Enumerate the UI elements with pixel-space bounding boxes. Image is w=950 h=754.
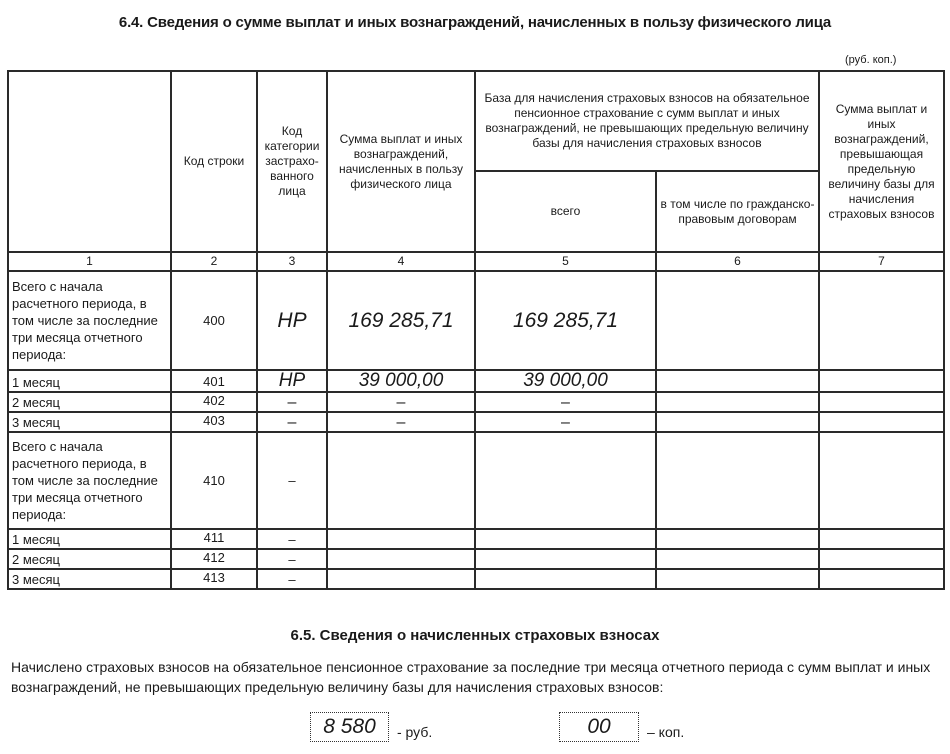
base-gpd-cell[interactable] (656, 370, 819, 392)
category-code-cell[interactable]: – (257, 432, 327, 529)
row-code: 413 (171, 569, 257, 589)
base-gpd-cell[interactable] (656, 529, 819, 549)
column-number: 6 (656, 252, 819, 271)
row-label: Всего с начала расчетного периода, в том… (8, 271, 171, 370)
row-label: 3 месяц (8, 569, 171, 589)
table-row: 3 месяц 413 – (8, 569, 944, 589)
category-code-cell[interactable]: – (257, 569, 327, 589)
row-code: 403 (171, 412, 257, 432)
table-row: 2 месяц 402 – – – (8, 392, 944, 412)
kopecks-field[interactable]: 00 (559, 712, 639, 742)
amount-cell[interactable] (327, 432, 475, 529)
column-number: 7 (819, 252, 944, 271)
amount-cell[interactable]: 39 000,00 (327, 370, 475, 392)
category-code-cell[interactable]: – (257, 412, 327, 432)
row-code: 402 (171, 392, 257, 412)
over-limit-cell[interactable] (819, 529, 944, 549)
over-limit-cell[interactable] (819, 549, 944, 569)
base-total-cell[interactable] (475, 529, 656, 549)
amount-cell[interactable] (327, 569, 475, 589)
table-row: 2 месяц 412 – (8, 549, 944, 569)
header-over-limit: Сумма выплат и иных вознаграждений, прев… (819, 71, 944, 252)
row-label: 1 месяц (8, 370, 171, 392)
base-gpd-cell[interactable] (656, 549, 819, 569)
row-label: 1 месяц (8, 529, 171, 549)
header-category-code: Код категории застрахо-ванного лица (257, 71, 327, 252)
header-col1 (8, 71, 171, 252)
column-number: 1 (8, 252, 171, 271)
amount-cell[interactable] (327, 529, 475, 549)
category-code-cell[interactable]: – (257, 549, 327, 569)
header-payments-sum: Сумма выплат и иных вознаграждений, начи… (327, 71, 475, 252)
row-label: 2 месяц (8, 392, 171, 412)
category-code-cell[interactable]: НР (257, 271, 327, 370)
table-row: 1 месяц 401 НР 39 000,00 39 000,00 (8, 370, 944, 392)
base-total-cell[interactable]: – (475, 392, 656, 412)
payments-table: Код строки Код категории застрахо-ванног… (7, 70, 945, 590)
over-limit-cell[interactable] (819, 271, 944, 370)
row-code: 410 (171, 432, 257, 529)
amount-cell[interactable] (327, 549, 475, 569)
over-limit-cell[interactable] (819, 432, 944, 529)
base-total-cell[interactable] (475, 432, 656, 529)
base-gpd-cell[interactable] (656, 432, 819, 529)
header-row-code: Код строки (171, 71, 257, 252)
base-gpd-cell[interactable] (656, 412, 819, 432)
base-total-cell[interactable]: 39 000,00 (475, 370, 656, 392)
table-row: Всего с начала расчетного периода, в том… (8, 271, 944, 370)
row-code: 412 (171, 549, 257, 569)
amount-cell[interactable]: 169 285,71 (327, 271, 475, 370)
category-code-cell[interactable]: НР (257, 370, 327, 392)
table-row: 3 месяц 403 – – – (8, 412, 944, 432)
category-code-cell[interactable]: – (257, 529, 327, 549)
over-limit-cell[interactable] (819, 569, 944, 589)
row-label: Всего с начала расчетного периода, в том… (8, 432, 171, 529)
base-gpd-cell[interactable] (656, 271, 819, 370)
base-total-cell[interactable]: 169 285,71 (475, 271, 656, 370)
header-base-gpd: в том числе по гражданско-правовым догов… (656, 171, 819, 252)
table-row: Всего с начала расчетного периода, в том… (8, 432, 944, 529)
base-total-cell[interactable] (475, 569, 656, 589)
amount-cell[interactable]: – (327, 412, 475, 432)
section-6-4-title: 6.4. Сведения о сумме выплат и иных возн… (0, 14, 950, 31)
column-numbers-row: 1 2 3 4 5 6 7 (8, 252, 944, 271)
rubles-field[interactable]: 8 580 (310, 712, 389, 742)
rubles-label: - руб. (397, 724, 432, 740)
kopecks-label: – коп. (647, 724, 684, 740)
row-label: 2 месяц (8, 549, 171, 569)
base-gpd-cell[interactable] (656, 392, 819, 412)
row-label: 3 месяц (8, 412, 171, 432)
section-6-5-title: 6.5. Сведения о начисленных страховых вз… (0, 627, 950, 644)
over-limit-cell[interactable] (819, 370, 944, 392)
header-base-total: всего (475, 171, 656, 252)
base-total-cell[interactable] (475, 549, 656, 569)
units-note: (руб. коп.) (845, 54, 896, 66)
over-limit-cell[interactable] (819, 392, 944, 412)
row-code: 400 (171, 271, 257, 370)
column-number: 3 (257, 252, 327, 271)
over-limit-cell[interactable] (819, 412, 944, 432)
row-code: 411 (171, 529, 257, 549)
base-total-cell[interactable]: – (475, 412, 656, 432)
category-code-cell[interactable]: – (257, 392, 327, 412)
base-gpd-cell[interactable] (656, 569, 819, 589)
column-number: 4 (327, 252, 475, 271)
accrued-contributions-text: Начислено страховых взносов на обязатель… (11, 657, 941, 697)
row-code: 401 (171, 370, 257, 392)
header-base-group: База для начисления страховых взносов на… (475, 71, 819, 171)
column-number: 5 (475, 252, 656, 271)
column-number: 2 (171, 252, 257, 271)
amount-cell[interactable]: – (327, 392, 475, 412)
table-row: 1 месяц 411 – (8, 529, 944, 549)
